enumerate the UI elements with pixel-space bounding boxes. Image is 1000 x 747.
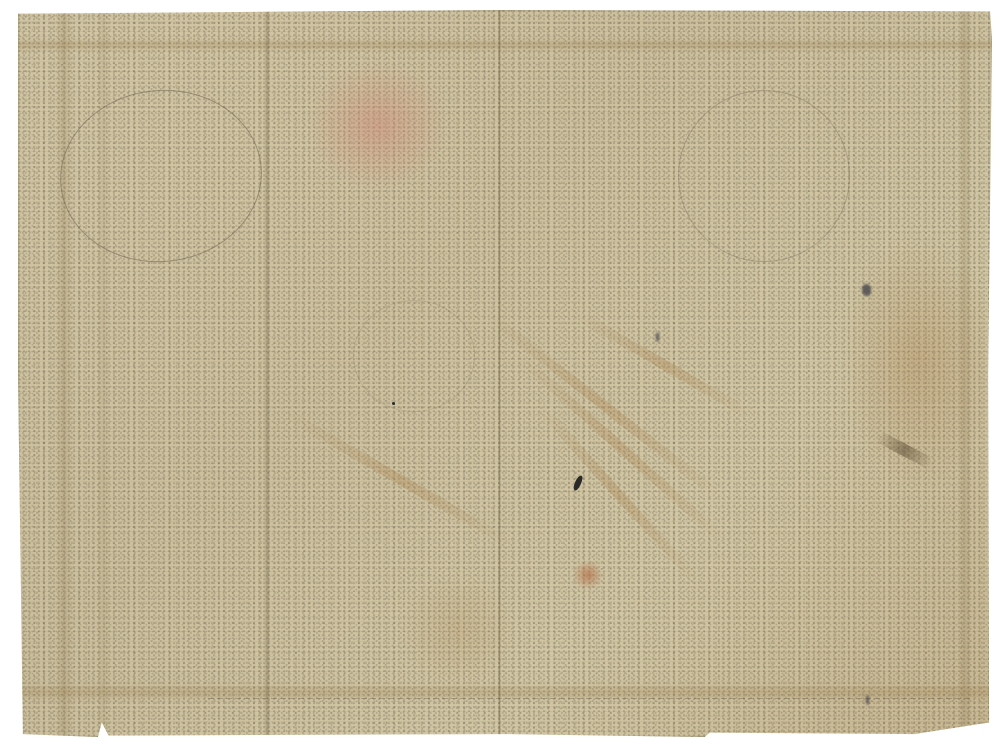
left-border-band xyxy=(56,10,72,737)
top-border-band xyxy=(18,38,992,52)
ink-dot xyxy=(392,402,395,405)
bottom-dashed-line xyxy=(208,698,972,699)
aged-paper-document xyxy=(18,10,992,737)
image-canvas xyxy=(0,0,1000,747)
left-fold-line xyxy=(264,10,270,737)
lower-stain xyxy=(398,570,518,690)
small-rust-spot xyxy=(573,560,603,590)
ink-mark-bottom xyxy=(866,695,869,705)
ink-spot-blurred xyxy=(862,284,871,296)
right-oval-engraving xyxy=(678,90,850,262)
ink-mark xyxy=(656,332,659,342)
reddish-stain xyxy=(308,60,448,190)
center-faint-engraving xyxy=(353,300,475,412)
